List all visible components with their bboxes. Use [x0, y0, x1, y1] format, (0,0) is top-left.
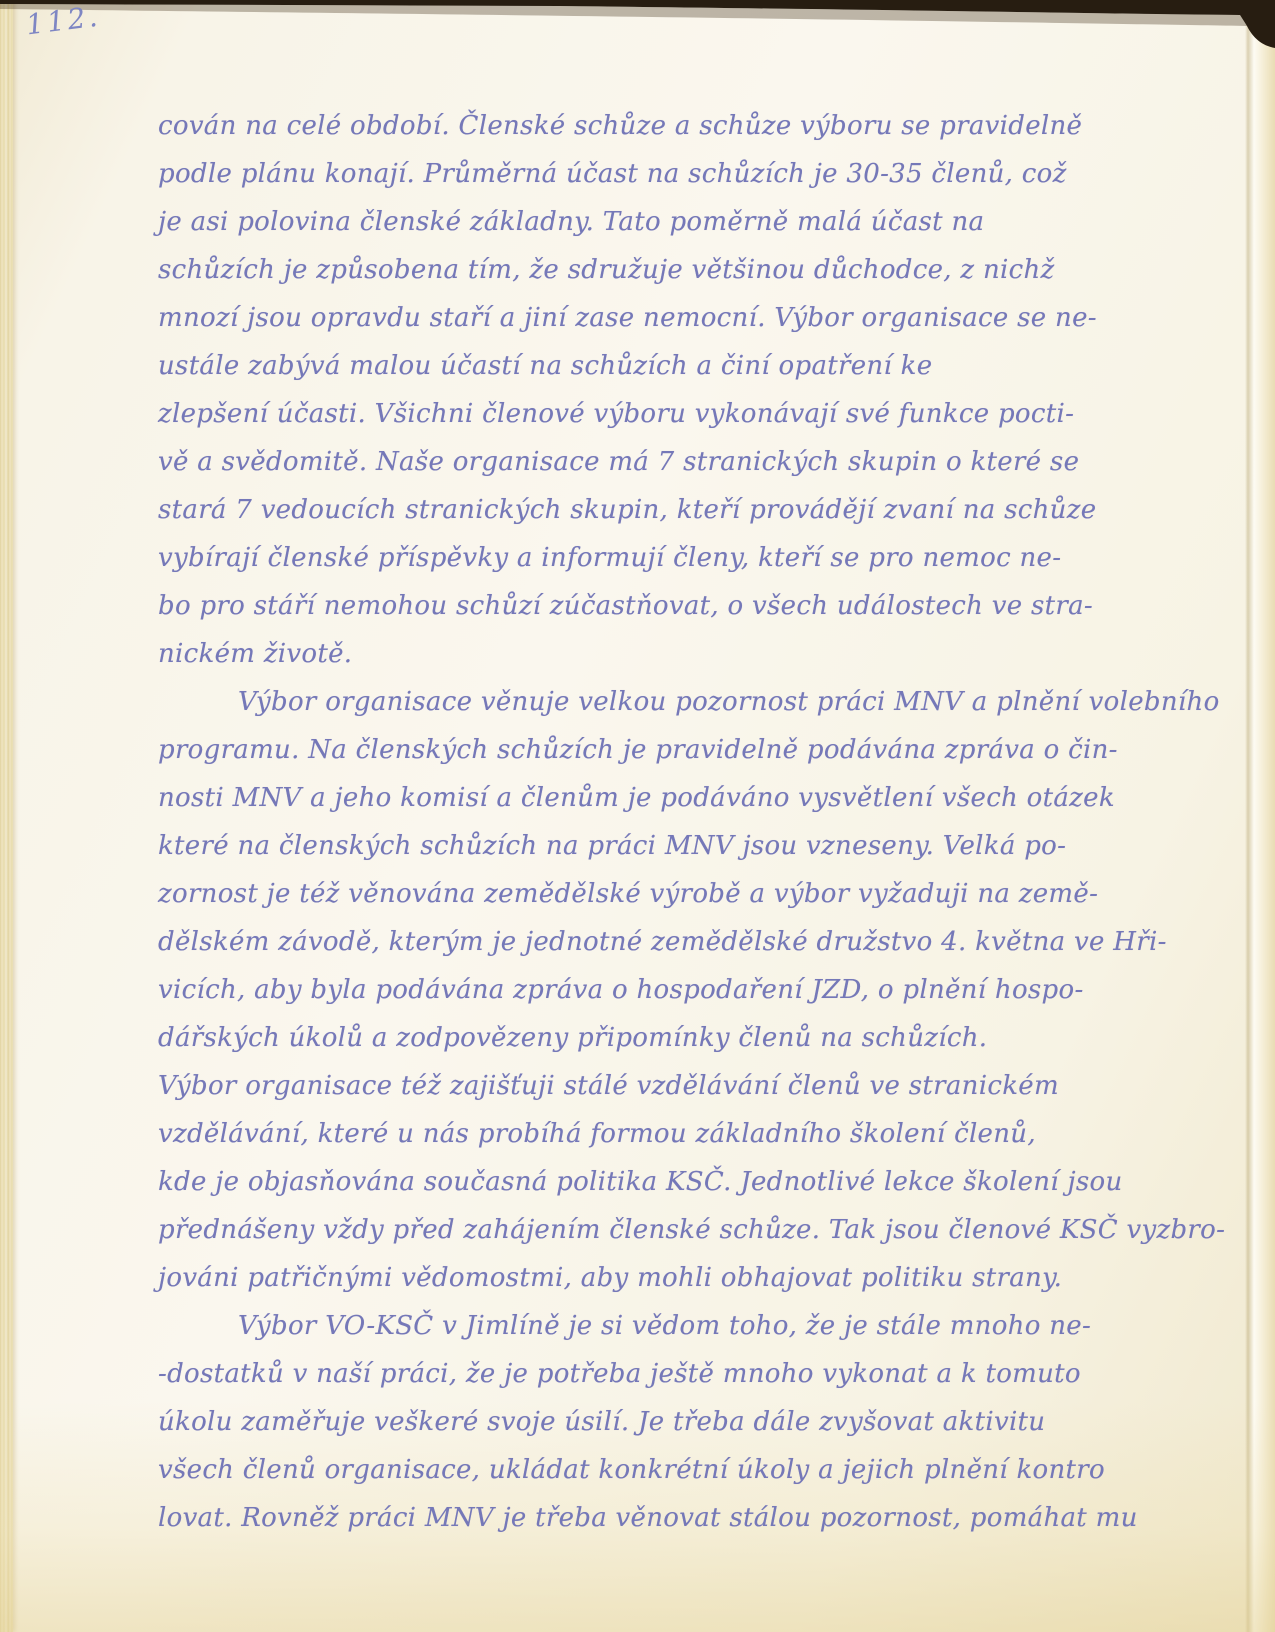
handwritten-line: které na členských schůzích na práci MNV… [158, 822, 1128, 870]
handwritten-line: ustále zabývá malou účastí na schůzích a… [158, 342, 1128, 390]
handwritten-line: zlepšení účasti. Všichni členové výboru … [158, 390, 1128, 438]
handwritten-line: kde je objasňována současná politika KSČ… [158, 1158, 1128, 1206]
page-stack-edge-left [0, 0, 13, 1632]
handwritten-line: vybírají členské příspěvky a informují č… [158, 534, 1128, 582]
handwritten-line: úkolu zaměřuje veškeré svoje úsilí. Je t… [158, 1398, 1128, 1446]
handwritten-line: jováni patřičnými vědomostmi, aby mohli … [158, 1254, 1128, 1302]
manuscript-page: 112. cován na celé období. Členské schůz… [0, 0, 1275, 1632]
book-binding-edge [0, 0, 1275, 52]
handwritten-line: nickém životě. [158, 630, 1128, 678]
handwritten-line: zornost je též věnována zemědělské výrob… [158, 870, 1128, 918]
handwritten-line: podle plánu konají. Průměrná účast na sc… [158, 150, 1128, 198]
handwritten-line: Výbor organisace věnuje velkou pozornost… [158, 678, 1128, 726]
handwritten-line: vzdělávání, které u nás probíhá formou z… [158, 1110, 1128, 1158]
handwritten-line: -dostatků v naší práci, že je potřeba je… [158, 1350, 1128, 1398]
handwritten-line: Výbor VO-KSČ v Jimlíně je si vědom toho,… [158, 1302, 1128, 1350]
handwritten-line: mnozí jsou opravdu staří a jiní zase nem… [158, 294, 1128, 342]
manuscript-text: cován na celé období. Členské schůze a s… [158, 102, 1128, 1542]
page-number: 112. [24, 0, 102, 41]
handwritten-line: cován na celé období. Členské schůze a s… [158, 102, 1128, 150]
handwritten-line: dělském závodě, kterým je jednotné zeměd… [158, 918, 1128, 966]
handwritten-line: stará 7 vedoucích stranických skupin, kt… [158, 486, 1128, 534]
handwritten-line: schůzích je způsobena tím, že sdružuje v… [158, 246, 1128, 294]
handwritten-line: lovat. Rovněž práci MNV je třeba věnovat… [158, 1494, 1128, 1542]
handwritten-line: Výbor organisace též zajišťuji stálé vzd… [158, 1062, 1128, 1110]
handwritten-line: vicích, aby byla podávána zpráva o hospo… [158, 966, 1128, 1014]
handwritten-line: přednášeny vždy před zahájením členské s… [158, 1206, 1128, 1254]
handwritten-line: bo pro stáří nemohou schůzí zúčastňovat,… [158, 582, 1128, 630]
handwritten-line: dářských úkolů a zodpovězeny připomínky … [158, 1014, 1128, 1062]
handwritten-line: programu. Na členských schůzích je pravi… [158, 726, 1128, 774]
handwritten-line: všech členů organisace, ukládat konkrétn… [158, 1446, 1128, 1494]
handwritten-line: vě a svědomitě. Naše organisace má 7 str… [158, 438, 1128, 486]
page-fold-edge-right [1245, 0, 1275, 1632]
handwritten-line: je asi polovina členské základny. Tato p… [158, 198, 1128, 246]
handwritten-line: nosti MNV a jeho komisí a členům je podá… [158, 774, 1128, 822]
